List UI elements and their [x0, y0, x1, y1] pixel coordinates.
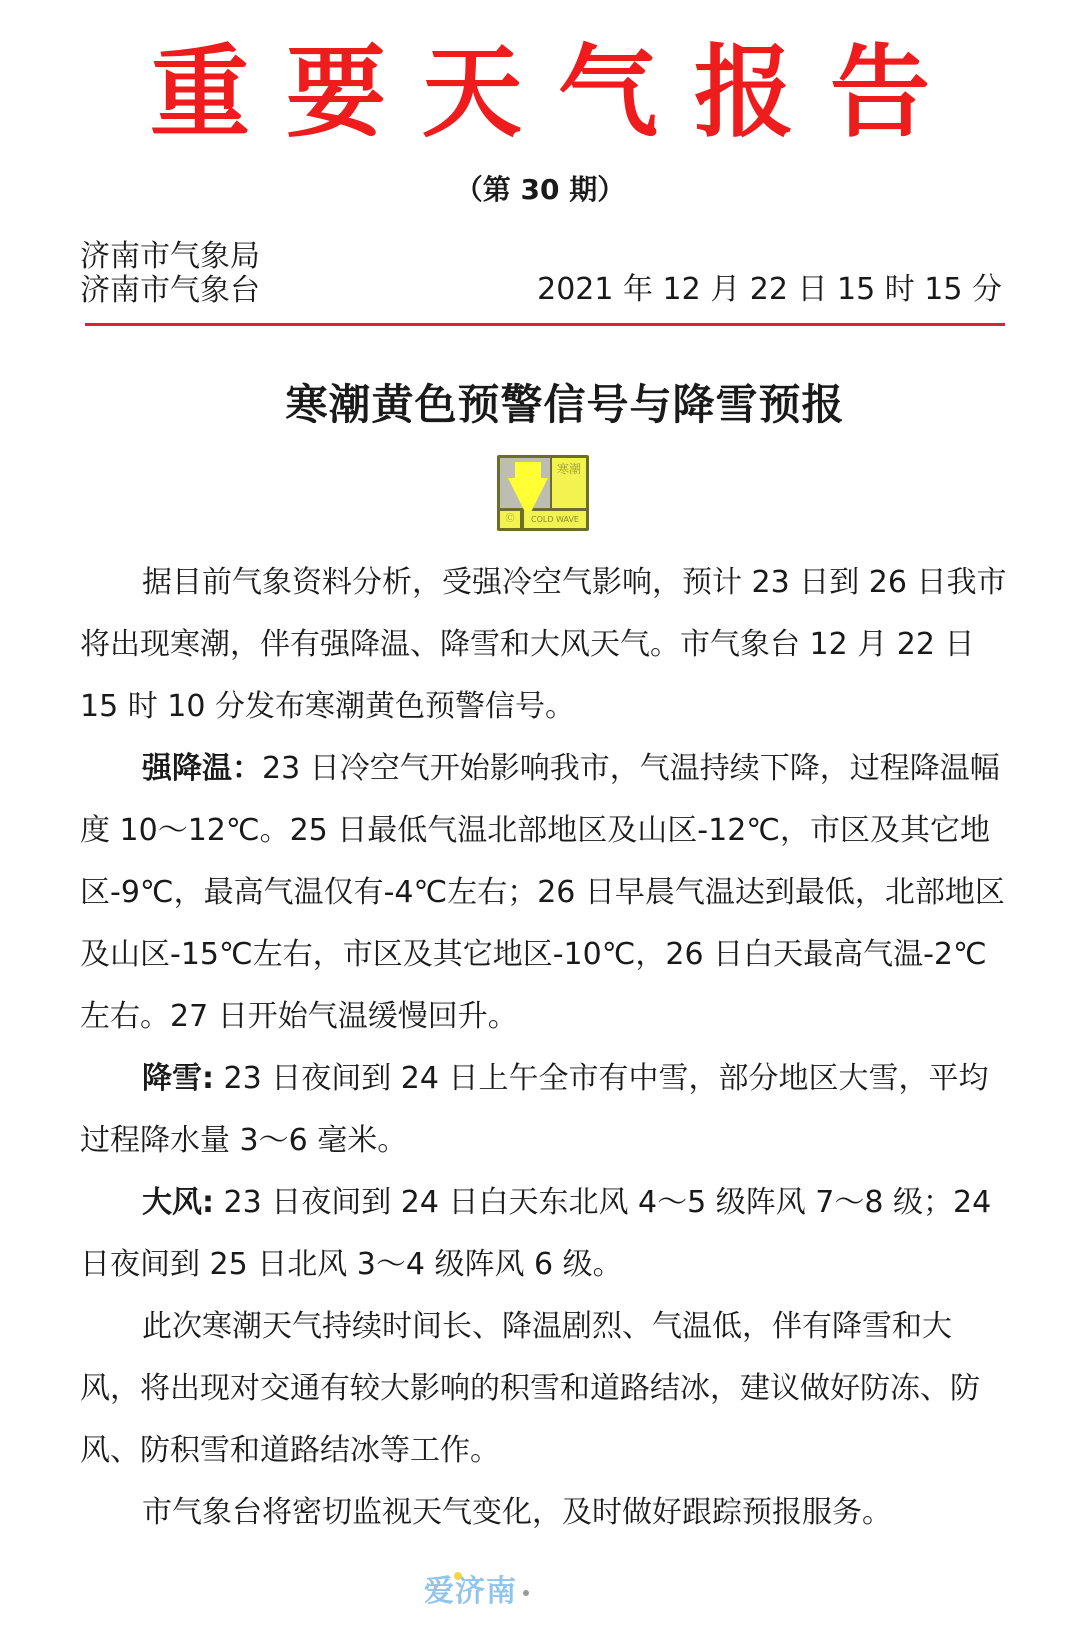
paragraph-text: 此次寒潮天气持续时间长、降温剧烈、气温低，伴有降雪和大风，将出现对交通有较大影响…: [80, 1309, 980, 1468]
report-body: 据目前气象资料分析，受强冷空气影响，预计 23 日到 26 日我市将出现寒潮，伴…: [80, 552, 1010, 1544]
star-icon: [454, 1572, 462, 1580]
issuer-bureau: 济南市气象局: [80, 240, 260, 274]
issuer-block: 济南市气象局 济南市气象台: [80, 240, 260, 308]
paragraph-text: 23 日夜间到 24 日白天东北风 4～5 级阵风 7～8 级；24 日夜间到 …: [80, 1185, 991, 1282]
issue-datetime: 2021 年 12 月 22 日 15 时 15 分: [537, 272, 1002, 308]
paragraph-lead: 大风:: [142, 1185, 214, 1220]
signal-side-label: 寒潮: [552, 458, 586, 508]
paragraph-text: 市气象台将密切监视天气变化，及时做好跟踪预报服务。: [142, 1495, 892, 1530]
dot-icon: [523, 1590, 529, 1596]
paragraph-lead: 降雪:: [142, 1061, 214, 1096]
issuer-observatory: 济南市气象台: [80, 274, 260, 308]
paragraph-text: 据目前气象资料分析，受强冷空气影响，预计 23 日到 26 日我市将出现寒潮，伴…: [80, 565, 1007, 724]
paragraph-snowfall: 降雪: 23 日夜间到 24 日上午全市有中雪，部分地区大雪，平均过程降水量 3…: [80, 1048, 1010, 1172]
red-divider: [85, 323, 1005, 326]
issue-number: （第 30 期）: [0, 172, 1080, 208]
signal-corner-mark: Ⓒ: [500, 511, 520, 528]
paragraph-temperature-drop: 强降温：23 日冷空气开始影响我市，气温持续下降，过程降温幅度 10～12℃。2…: [80, 738, 1010, 1048]
paragraph-overview: 据目前气象资料分析，受强冷空气影响，预计 23 日到 26 日我市将出现寒潮，伴…: [80, 552, 1010, 738]
watermark-logo: 爱济南: [424, 1574, 529, 1610]
paragraph-text: 23 日冷空气开始影响我市，气温持续下降，过程降温幅度 10～12℃。25 日最…: [80, 751, 1005, 1034]
paragraph-lead: 强降温：: [142, 751, 262, 786]
signal-english-label: COLD WAVE: [524, 511, 586, 528]
cold-wave-yellow-warning-icon: 寒潮 Ⓒ COLD WAVE: [497, 455, 589, 531]
signal-arrow-panel: [500, 458, 550, 508]
report-masthead-title: 重要天气报告: [0, 38, 1080, 148]
paragraph-text: 23 日夜间到 24 日上午全市有中雪，部分地区大雪，平均过程降水量 3～6 毫…: [80, 1061, 989, 1158]
paragraph-closing: 市气象台将密切监视天气变化，及时做好跟踪预报服务。: [80, 1482, 1010, 1544]
paragraph-advice: 此次寒潮天气持续时间长、降温剧烈、气温低，伴有降雪和大风，将出现对交通有较大影响…: [80, 1296, 1010, 1482]
paragraph-strong-wind: 大风: 23 日夜间到 24 日白天东北风 4～5 级阵风 7～8 级；24 日…: [80, 1172, 1010, 1296]
document-title: 寒潮黄色预警信号与降雪预报: [0, 378, 1080, 432]
watermark-text: 爱济南: [424, 1574, 517, 1609]
